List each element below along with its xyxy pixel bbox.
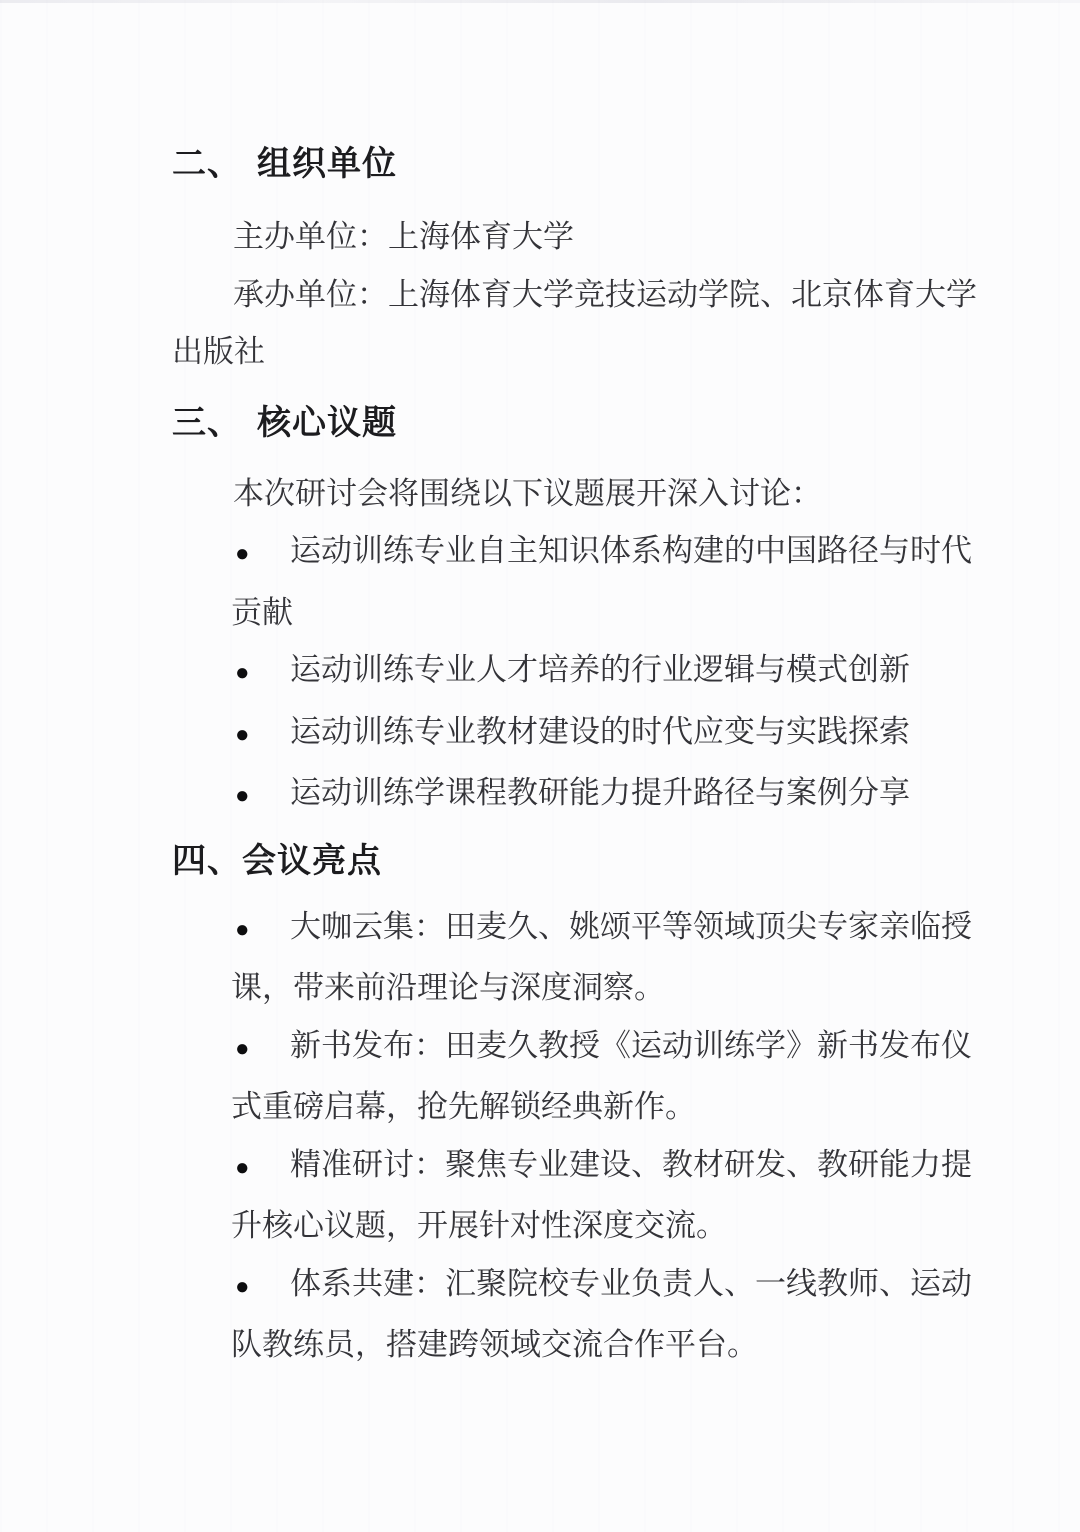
- bullet-continuation-line: 式重磅启幕，抢先解锁经典新作。: [231, 1078, 1080, 1136]
- body-line: 承办单位：上海体育大学竞技运动学院、北京体育大学: [233, 266, 1080, 324]
- bullet-list-item: ●体系共建：汇聚院校专业负责人、一线教师、运动: [235, 1255, 1080, 1317]
- section-core-topics: 三、核心议题 本次研讨会将围绕以下议题展开深入讨论： ●运动训练专业自主知识体系…: [0, 403, 1080, 826]
- bullet-point-icon: ●: [235, 902, 290, 960]
- bullet-list-item: ●新书发布：田麦久教授《运动训练学》新书发布仪: [235, 1017, 1080, 1079]
- bullet-continuation-line: 升核心议题，开展针对性深度交流。: [231, 1197, 1080, 1255]
- bullet-list-item: ●大咖云集：田麦久、姚颂平等领域顶尖专家亲临授: [235, 898, 1080, 960]
- bullet-point-icon: ●: [235, 707, 290, 765]
- bullet-continuation-line: 课，带来前沿理论与深度洞察。: [231, 959, 1080, 1017]
- bullet-list-item: ●精准研讨：聚焦专业建设、教材研发、教研能力提: [235, 1136, 1080, 1198]
- heading-title: 核心议题: [257, 404, 397, 442]
- bullet-point-icon: ●: [235, 1021, 290, 1079]
- bullet-line-text: 运动训练专业自主知识体系构建的中国路径与时代: [290, 533, 972, 568]
- bullet-list-item: ●运动训练专业人才培养的行业逻辑与模式创新: [235, 641, 1080, 703]
- bullet-point-icon: ●: [235, 526, 290, 584]
- bullet-line-text: 大咖云集：田麦久、姚颂平等领域顶尖专家亲临授: [290, 909, 972, 944]
- bullet-line-text: 精准研讨：聚焦专业建设、教材研发、教研能力提: [290, 1147, 972, 1182]
- bullet-continuation-line: 队教练员，搭建跨领域交流合作平台。: [231, 1316, 1080, 1374]
- bullet-list-item: ●运动训练专业教材建设的时代应变与实践探索: [235, 703, 1080, 765]
- heading-number: 三、: [172, 404, 242, 442]
- section-body: ●大咖云集：田麦久、姚颂平等领域顶尖专家亲临授 课，带来前沿理论与深度洞察。 ●…: [0, 898, 1080, 1374]
- section-heading: 二、组织单位: [172, 144, 1080, 184]
- bullet-line-text: 运动训练专业人才培养的行业逻辑与模式创新: [290, 652, 910, 687]
- bullet-point-icon: ●: [235, 1259, 290, 1317]
- body-line: 出版社: [172, 323, 1080, 381]
- heading-title: 会议亮点: [242, 842, 382, 880]
- bullet-list-item: ●运动训练专业自主知识体系构建的中国路径与时代: [235, 522, 1080, 584]
- heading-number: 二、: [172, 145, 242, 183]
- bullet-line-text: 体系共建：汇聚院校专业负责人、一线教师、运动: [290, 1266, 972, 1301]
- bullet-point-icon: ●: [235, 645, 290, 703]
- section-body: 主办单位：上海体育大学 承办单位：上海体育大学竞技运动学院、北京体育大学 出版社: [0, 208, 1080, 381]
- section-heading: 四、会议亮点: [172, 841, 1080, 881]
- bullet-line-text: 运动训练学课程教研能力提升路径与案例分享: [290, 775, 910, 810]
- heading-number: 四、: [172, 842, 242, 880]
- heading-title: 组织单位: [257, 145, 397, 183]
- bullet-point-icon: ●: [235, 768, 290, 826]
- section-highlights: 四、会议亮点 ●大咖云集：田麦久、姚颂平等领域顶尖专家亲临授 课，带来前沿理论与…: [0, 841, 1080, 1374]
- section-body: 本次研讨会将围绕以下议题展开深入讨论： ●运动训练专业自主知识体系构建的中国路径…: [0, 465, 1080, 826]
- bullet-line-text: 运动训练专业教材建设的时代应变与实践探索: [290, 714, 910, 749]
- document-page: 二、组织单位 主办单位：上海体育大学 承办单位：上海体育大学竞技运动学院、北京体…: [0, 0, 1080, 1532]
- section-heading: 三、核心议题: [172, 403, 1080, 443]
- section-organizers: 二、组织单位 主办单位：上海体育大学 承办单位：上海体育大学竞技运动学院、北京体…: [0, 144, 1080, 381]
- intro-line: 本次研讨会将围绕以下议题展开深入讨论：: [233, 465, 1080, 523]
- bullet-point-icon: ●: [235, 1140, 290, 1198]
- body-line: 主办单位：上海体育大学: [233, 208, 1080, 266]
- bullet-continuation-line: 贡献: [231, 584, 1080, 642]
- bullet-list-item: ●运动训练学课程教研能力提升路径与案例分享: [235, 764, 1080, 826]
- bullet-line-text: 新书发布：田麦久教授《运动训练学》新书发布仪: [290, 1028, 972, 1063]
